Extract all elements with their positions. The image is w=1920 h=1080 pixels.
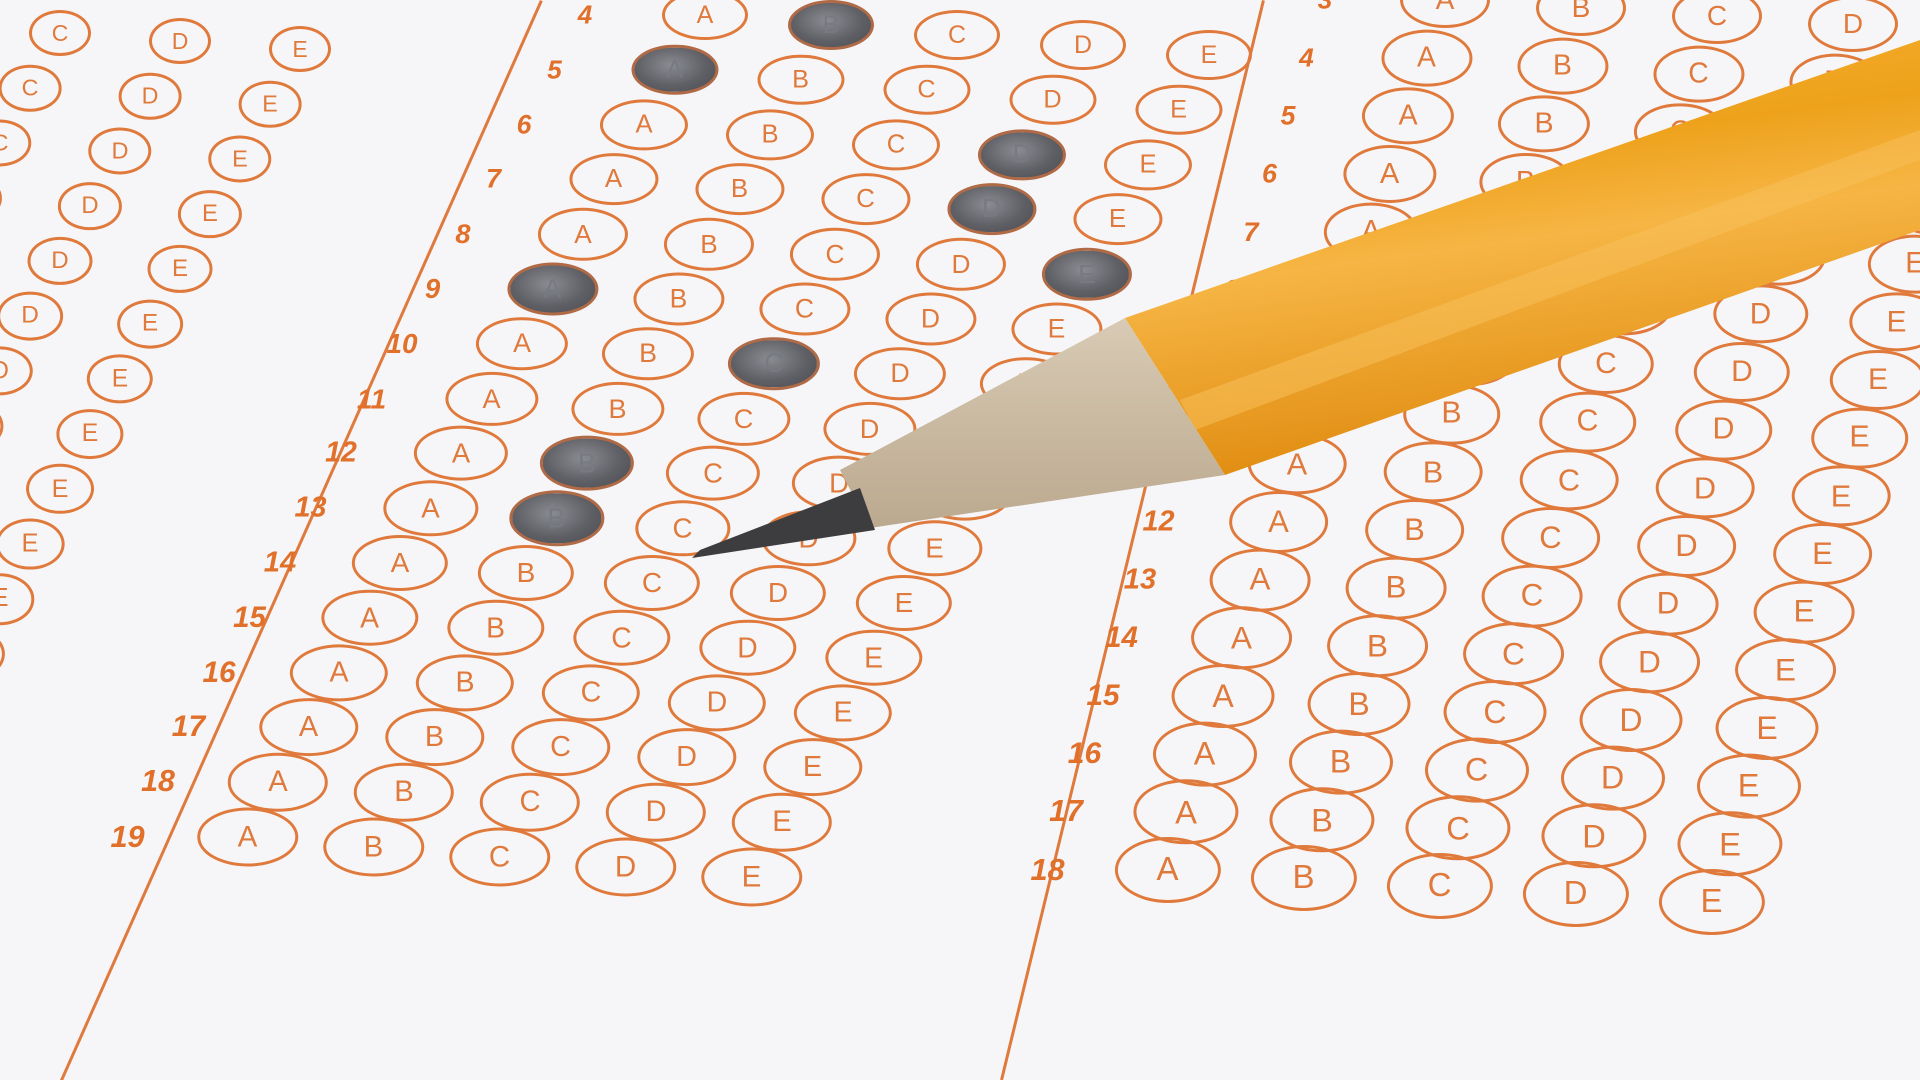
answer-bubble-e[interactable]: E — [178, 190, 242, 238]
answer-bubble-b[interactable]: B — [757, 55, 844, 106]
answer-bubble-c[interactable]: C — [1615, 161, 1708, 219]
answer-bubble-d[interactable]: D — [668, 674, 766, 731]
answer-bubble-d[interactable]: D — [885, 293, 976, 346]
answer-bubble-e[interactable]: E — [0, 628, 5, 680]
answer-bubble-c[interactable]: C — [511, 718, 610, 776]
answer-bubble-c[interactable]: C — [1444, 680, 1547, 744]
answer-bubble-b[interactable]: B — [788, 0, 874, 50]
question-number: 10 — [387, 328, 418, 360]
answer-bubble-e[interactable]: E — [0, 519, 64, 570]
question-number: 18 — [1030, 852, 1064, 888]
answer-bubble-e[interactable]: E — [1677, 811, 1782, 876]
answer-bubble-c[interactable]: C — [852, 119, 940, 170]
answer-bubble-e[interactable]: E — [208, 135, 271, 182]
answer-bubble-b[interactable]: B — [571, 382, 664, 436]
answer-bubble-a[interactable]: A — [538, 208, 628, 260]
answer-sheet: BCDEBCDEBCDEBCDEBCDEBCDEBCDEBCDEBCDEBCDE… — [0, 0, 1920, 1080]
answer-bubble-d[interactable]: D — [699, 620, 796, 677]
answer-bubble-e[interactable]: E — [980, 357, 1072, 411]
answer-bubble-c[interactable]: C — [604, 555, 700, 611]
answer-bubble-a[interactable]: A — [1343, 145, 1436, 203]
answer-bubble-e[interactable]: E — [887, 520, 982, 575]
answer-bubble-e[interactable]: E — [949, 412, 1042, 466]
answer-bubble-e[interactable]: E — [1135, 85, 1222, 136]
answer-bubble-c[interactable]: C — [728, 337, 820, 391]
answer-bubble-b[interactable]: B — [447, 600, 544, 657]
answer-bubble-b[interactable]: B — [509, 490, 604, 545]
question-number: 17 — [172, 710, 205, 744]
answer-bubble-b[interactable]: B — [1250, 845, 1356, 911]
answer-bubble-d[interactable]: D — [1560, 746, 1664, 811]
answer-bubble-b[interactable]: B — [1422, 326, 1518, 386]
answer-bubble-a[interactable]: A — [197, 808, 298, 867]
answer-bubble-b[interactable]: B — [633, 273, 724, 326]
answer-bubble-e[interactable]: E — [732, 793, 832, 851]
answer-bubble-e[interactable]: E — [1792, 465, 1891, 526]
question-number: 16 — [202, 656, 235, 690]
answer-bubble-c[interactable]: C — [1405, 795, 1510, 860]
answer-bubble-a[interactable]: A — [1172, 664, 1275, 728]
answer-bubble-a[interactable]: A — [259, 698, 358, 756]
question-number: 9 — [425, 273, 440, 305]
answer-bubble-d[interactable]: D — [978, 129, 1066, 180]
answer-bubble-d[interactable]: D — [606, 783, 706, 841]
question-number: 12 — [325, 437, 357, 470]
answer-bubble-a[interactable]: A — [600, 99, 688, 150]
question-number: 15 — [1086, 679, 1119, 713]
answer-bubble-a[interactable]: A — [445, 372, 538, 426]
answer-bubble-c[interactable]: C — [790, 228, 880, 280]
answer-bubble-c[interactable]: C — [1653, 46, 1744, 103]
answer-bubble-d[interactable]: D — [730, 565, 826, 621]
answer-bubble-a[interactable]: A — [1248, 433, 1347, 494]
answer-bubble-d[interactable]: D — [1694, 342, 1790, 402]
answer-bubble-d[interactable]: D — [916, 238, 1006, 290]
answer-bubble-e[interactable]: E — [1716, 696, 1819, 760]
answer-bubble-a[interactable]: A — [290, 644, 388, 701]
answer-bubble-e[interactable]: E — [918, 466, 1012, 521]
answer-bubble-d[interactable]: D — [58, 182, 122, 230]
answer-bubble-c[interactable]: C — [480, 773, 580, 831]
answer-bubble-e[interactable]: E — [856, 575, 952, 631]
question-number: 13 — [294, 492, 326, 525]
answer-bubble-c[interactable]: C — [883, 65, 970, 116]
answer-bubble-d[interactable]: D — [1656, 457, 1755, 518]
answer-bubble-e[interactable]: E — [1011, 303, 1102, 356]
answer-bubble-a[interactable]: A — [1400, 0, 1490, 28]
question-number: 4 — [1299, 43, 1314, 74]
answer-bubble-d[interactable]: D — [1599, 630, 1701, 693]
answer-bubble-e[interactable]: E — [56, 409, 123, 459]
answer-bubble-e[interactable]: E — [1166, 30, 1252, 80]
answer-bubble-a[interactable]: A — [1286, 318, 1382, 378]
question-number: 11 — [1162, 448, 1192, 481]
answer-bubble-a[interactable]: A — [1267, 376, 1365, 437]
question-number: 16 — [1068, 737, 1101, 771]
answer-bubble-e[interactable]: E — [87, 354, 153, 403]
question-number: 6 — [1262, 159, 1277, 190]
answer-bubble-e[interactable]: E — [794, 684, 892, 741]
answer-bubble-a[interactable]: A — [414, 426, 508, 481]
question-number: 18 — [141, 765, 175, 799]
answer-bubble-d[interactable]: D — [761, 510, 856, 565]
answer-bubble-c[interactable]: C — [573, 610, 670, 667]
answer-bubble-d[interactable]: D — [1789, 54, 1880, 111]
answer-bubble-e[interactable]: E — [1830, 350, 1920, 410]
answer-bubble-a[interactable]: A — [1152, 722, 1256, 787]
answer-bubble-b[interactable]: B — [1327, 614, 1429, 677]
answer-bubble-b[interactable]: B — [478, 545, 574, 601]
answer-bubble-b[interactable]: B — [1288, 730, 1392, 795]
question-number: 8 — [1225, 274, 1240, 306]
answer-bubble-b[interactable]: B — [1479, 153, 1572, 211]
answer-bubble-e[interactable]: E — [763, 738, 862, 796]
answer-bubble-e[interactable]: E — [1042, 248, 1132, 300]
question-number: 12 — [1142, 506, 1174, 539]
answer-bubble-b[interactable]: B — [1269, 787, 1374, 852]
answer-bubble-c[interactable]: C — [1539, 392, 1637, 453]
answer-bubble-a[interactable]: A — [228, 753, 328, 811]
answer-bubble-e[interactable]: E — [1811, 408, 1909, 469]
answer-bubble-c[interactable]: C — [666, 446, 760, 501]
answer-bubble-e[interactable]: E — [1658, 869, 1764, 935]
answer-bubble-d[interactable]: D — [28, 237, 93, 285]
question-number: 6 — [517, 109, 532, 140]
question-number: 14 — [264, 547, 296, 580]
answer-bubble-e[interactable]: E — [1868, 235, 1920, 294]
answer-bubble-a[interactable]: A — [1210, 549, 1311, 612]
answer-bubble-e[interactable]: E — [701, 848, 802, 907]
answer-bubble-d[interactable]: D — [0, 346, 33, 395]
answer-bubble-c[interactable]: C — [449, 828, 550, 887]
answer-bubble-b[interactable]: B — [1403, 384, 1501, 445]
answer-bubble-a[interactable]: A — [1133, 779, 1238, 844]
answer-bubble-c[interactable]: C — [1463, 622, 1565, 685]
answer-bubble-a[interactable]: A — [569, 153, 658, 205]
answer-bubble-e[interactable]: E — [1073, 193, 1162, 245]
question-number: 7 — [486, 164, 501, 195]
question-number: 9 — [1206, 332, 1222, 364]
answer-bubble-d[interactable]: D — [0, 401, 4, 451]
answer-bubble-d[interactable]: D — [1580, 688, 1683, 752]
question-number: 5 — [547, 54, 562, 85]
answer-bubble-c[interactable]: C — [1386, 853, 1492, 919]
answer-bubble-d[interactable]: D — [854, 347, 946, 401]
answer-bubble-a[interactable]: A — [1362, 87, 1454, 144]
answer-bubble-b[interactable]: B — [1498, 95, 1590, 152]
answer-bubble-c[interactable]: C — [1577, 276, 1672, 335]
question-number: 7 — [1243, 216, 1258, 248]
answer-bubble-b[interactable]: B — [323, 818, 424, 877]
answer-bubble-d[interactable]: D — [1541, 803, 1646, 868]
question-number: 17 — [1049, 795, 1083, 829]
answer-bubble-b[interactable]: B — [1441, 268, 1536, 327]
answer-bubble-b[interactable]: B — [385, 708, 484, 766]
answer-bubble-e[interactable]: E — [1906, 119, 1920, 176]
answer-bubble-b[interactable]: B — [1460, 211, 1554, 270]
answer-bubble-e[interactable]: E — [0, 573, 35, 625]
answer-bubble-d[interactable]: D — [1009, 75, 1096, 126]
answer-bubble-c[interactable]: C — [821, 173, 910, 225]
answer-bubble-e[interactable]: E — [1754, 581, 1855, 644]
question-number: 3 — [1318, 0, 1332, 16]
answer-bubble-e[interactable]: E — [1696, 754, 1800, 819]
answer-bubble-c[interactable]: C — [697, 392, 790, 446]
answer-bubble-c[interactable]: C — [759, 283, 850, 336]
answer-bubble-b[interactable]: B — [540, 436, 634, 491]
answer-bubble-d[interactable]: D — [149, 18, 211, 64]
answer-bubble-a[interactable]: A — [383, 480, 478, 535]
answer-bubble-c[interactable]: C — [1520, 449, 1619, 510]
question-number: 15 — [233, 601, 266, 635]
answer-bubble-c[interactable]: C — [0, 65, 61, 112]
answer-bubble-c[interactable]: C — [1558, 334, 1654, 394]
answer-bubble-d[interactable]: D — [0, 292, 63, 341]
answer-bubble-b[interactable]: B — [695, 163, 784, 215]
answer-bubble-b[interactable]: B — [1365, 499, 1465, 561]
answer-bubble-e[interactable]: E — [1849, 292, 1920, 351]
answer-bubble-d[interactable]: D — [1732, 227, 1826, 286]
answer-bubble-c[interactable]: C — [1501, 507, 1601, 569]
answer-bubble-a[interactable]: A — [352, 535, 448, 591]
answer-bubble-d[interactable]: D — [1618, 573, 1719, 636]
answer-bubble-e[interactable]: E — [1773, 523, 1873, 585]
answer-bubble-d[interactable]: D — [823, 402, 916, 456]
answer-bubble-c[interactable]: C — [1424, 738, 1528, 803]
answer-bubble-d[interactable]: D — [1808, 0, 1898, 52]
answer-bubble-d[interactable]: D — [1751, 169, 1844, 227]
answer-bubble-e[interactable]: E — [269, 26, 331, 72]
answer-bubble-b[interactable]: B — [726, 109, 814, 160]
answer-bubble-b[interactable]: B — [1308, 672, 1411, 736]
answer-bubble-b[interactable]: B — [602, 327, 694, 381]
answer-bubble-e[interactable]: E — [117, 300, 183, 349]
answer-bubble-c[interactable]: C — [0, 119, 32, 166]
answer-bubble-b[interactable]: B — [416, 654, 514, 711]
answer-bubble-c[interactable]: C — [0, 174, 2, 222]
question-number: 4 — [578, 0, 592, 31]
answer-bubble-d[interactable]: D — [1675, 400, 1773, 461]
answer-bubble-d[interactable]: D — [1040, 20, 1126, 70]
answer-bubble-d[interactable]: D — [575, 838, 676, 897]
answer-bubble-d[interactable]: D — [1637, 515, 1737, 577]
question-number: 19 — [110, 819, 144, 855]
answer-bubble-e[interactable]: E — [1887, 177, 1920, 235]
answer-bubble-c[interactable]: C — [1482, 565, 1583, 628]
answer-bubble-a[interactable]: A — [321, 590, 418, 647]
answer-bubble-a[interactable]: A — [1381, 30, 1472, 87]
answer-bubble-a[interactable]: A — [1324, 203, 1418, 262]
answer-bubble-a[interactable]: A — [631, 45, 718, 96]
answer-bubble-b[interactable]: B — [1384, 441, 1483, 502]
answer-bubble-c[interactable]: C — [29, 10, 91, 56]
answer-bubble-c[interactable]: C — [542, 664, 640, 721]
answer-bubble-e[interactable]: E — [148, 245, 213, 293]
answer-bubble-e[interactable]: E — [1104, 139, 1192, 190]
question-number: 13 — [1124, 564, 1156, 597]
answer-bubble-b[interactable]: B — [354, 763, 454, 821]
answer-bubble-d[interactable]: D — [637, 728, 736, 786]
answer-bubble-d[interactable]: D — [1713, 284, 1808, 343]
answer-bubble-b[interactable]: B — [1517, 38, 1608, 95]
answer-bubble-b[interactable]: B — [1536, 0, 1626, 36]
answer-bubble-a[interactable]: A — [662, 0, 748, 40]
answer-bubble-a[interactable]: A — [507, 263, 598, 316]
answer-bubble-a[interactable]: A — [476, 317, 568, 371]
answer-bubble-a[interactable]: A — [1229, 491, 1329, 553]
answer-bubble-c[interactable]: C — [914, 10, 1000, 60]
answer-bubble-e[interactable]: E — [825, 630, 922, 687]
answer-bubble-c[interactable]: C — [1672, 0, 1762, 44]
answer-bubble-c[interactable]: C — [635, 500, 730, 555]
answer-bubble-d[interactable]: D — [88, 127, 151, 174]
answer-bubble-e[interactable]: E — [239, 81, 302, 128]
answer-bubble-a[interactable]: A — [1114, 837, 1220, 903]
answer-bubble-a[interactable]: A — [1305, 260, 1400, 319]
answer-bubble-b[interactable]: B — [664, 218, 754, 270]
question-number: 5 — [1281, 101, 1296, 132]
answer-bubble-d[interactable]: D — [947, 183, 1036, 235]
question-number: 11 — [357, 382, 386, 415]
answer-bubble-d[interactable]: D — [1770, 111, 1862, 168]
question-number: 14 — [1105, 621, 1138, 655]
answer-bubble-e[interactable]: E — [26, 464, 94, 514]
answer-bubble-b[interactable]: B — [1346, 557, 1447, 620]
answer-bubble-d[interactable]: D — [1522, 861, 1628, 927]
question-number: 8 — [455, 218, 470, 250]
answer-bubble-d[interactable]: D — [792, 456, 886, 511]
answer-bubble-c[interactable]: C — [1596, 219, 1690, 278]
answer-bubble-e[interactable]: E — [1735, 638, 1837, 701]
answer-bubble-a[interactable]: A — [1191, 606, 1293, 669]
answer-bubble-d[interactable]: D — [119, 73, 182, 120]
answer-bubble-c[interactable]: C — [1634, 103, 1726, 160]
question-number: 10 — [1180, 390, 1211, 423]
